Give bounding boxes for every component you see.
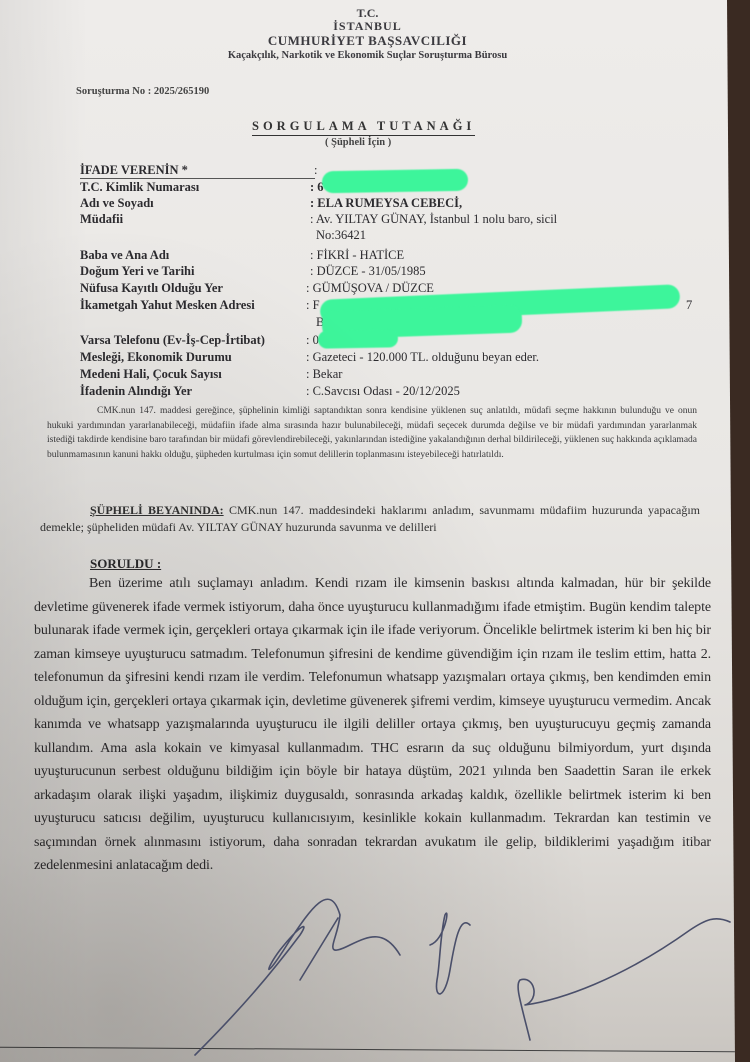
redaction-tc-id	[322, 169, 468, 194]
document-page: T.C. İSTANBUL CUMHURİYET BAŞSAVCILIĞI Ka…	[0, 0, 735, 1062]
asked-heading: SORULDU :	[90, 556, 161, 572]
field-label-address: İkametgah Yahut Mesken Adresi	[80, 298, 255, 313]
divider	[80, 178, 315, 179]
field-label-defense-counsel: Müdafii	[80, 212, 123, 227]
investigation-number: Soruşturma No : 2025/265190	[76, 86, 209, 97]
field-label-name: Adı ve Soyadı	[80, 196, 154, 211]
document-title: SORGULAMA TUTANAĞI	[252, 119, 475, 136]
header-bureau: Kaçakçılık, Narkotik ve Ekonomik Suçlar …	[0, 50, 735, 61]
statement-heading: ŞÜPHELİ BEYANINDA:	[90, 503, 224, 517]
field-value-defense-counsel: : Av. YILTAY GÜNAY, İstanbul 1 nolu baro…	[310, 212, 557, 227]
field-label-parents: Baba ve Ana Adı	[80, 248, 169, 263]
field-value-defense-counsel-line2: No:36421	[316, 228, 366, 243]
field-label-tc-id: T.C. Kimlik Numarası	[80, 180, 199, 195]
field-value-place: : C.Savcısı Odası - 20/12/2025	[306, 384, 460, 399]
redaction-phone	[318, 329, 398, 348]
field-label-phone: Varsa Telefonu (Ev-İş-Cep-İrtibat)	[80, 333, 265, 348]
statement-body: Ben üzerime atılı suçlamayı anladım. Ken…	[34, 572, 711, 878]
field-label-registry: Nüfusa Kayıtlı Olduğu Yer	[80, 281, 223, 296]
field-label-place: İfadenin Alındığı Yer	[80, 384, 192, 399]
field-label-occupation: Mesleği, Ekonomik Durumu	[80, 350, 232, 365]
field-value-name: : ELA RUMEYSA CEBECİ,	[310, 196, 462, 211]
asked-heading-text: SORULDU :	[90, 556, 161, 571]
investigation-value: : 2025/265190	[148, 86, 210, 97]
field-label-statement-giver: İFADE VERENİN *	[80, 163, 188, 178]
footer-divider	[0, 1047, 735, 1052]
field-label-birth: Doğum Yeri ve Tarihi	[80, 264, 194, 279]
document-subtitle: ( Şüpheli İçin )	[325, 137, 391, 148]
field-value-address-trailing: 7	[686, 298, 692, 313]
field-value-occupation: : Gazeteci - 120.000 TL. olduğunu beyan …	[306, 350, 539, 365]
field-value-birth: : DÜZCE - 31/05/1985	[310, 264, 426, 279]
header-city: İSTANBUL	[0, 19, 735, 34]
field-value-statement-giver: :	[314, 163, 317, 178]
field-value-registry: : GÜMÜŞOVA / DÜZCE	[306, 281, 434, 296]
investigation-label: Soruşturma No	[76, 86, 145, 97]
header-office: CUMHURİYET BAŞSAVCILIĞI	[0, 33, 735, 49]
field-value-address: : F	[306, 298, 320, 313]
field-label-marital: Medeni Hali, Çocuk Sayısı	[80, 367, 222, 382]
suspect-statement: ŞÜPHELİ BEYANINDA: CMK.nun 147. maddesin…	[40, 502, 700, 536]
rights-paragraph: CMK.nun 147. maddesi gereğince, şüphelin…	[47, 404, 697, 462]
field-value-marital: : Bekar	[306, 367, 342, 382]
field-value-phone: : 0	[306, 333, 319, 348]
field-value-parents: : FİKRİ - HATİCE	[310, 248, 404, 263]
